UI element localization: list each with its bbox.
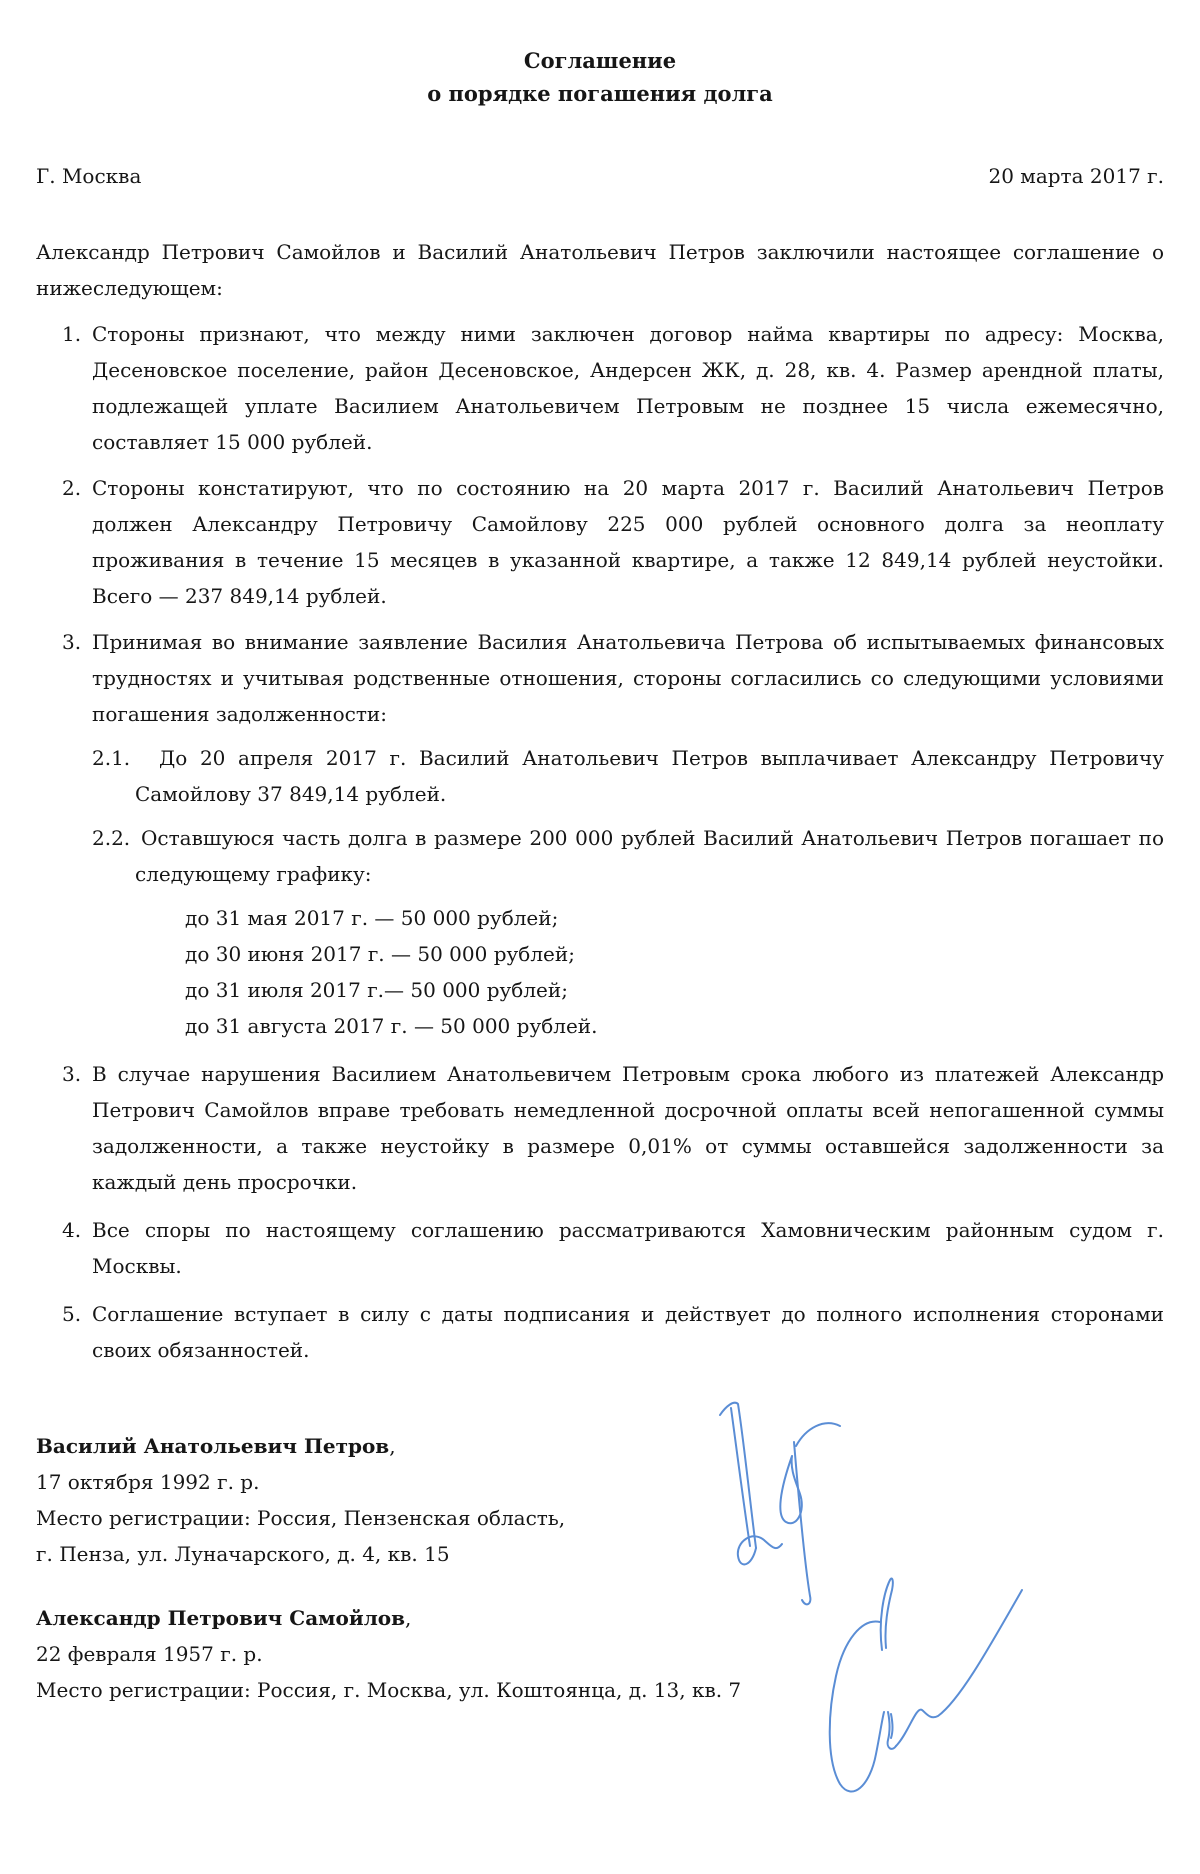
clause-2-text: Стороны констатируют, что по состоянию н… xyxy=(92,470,1164,614)
clause-3b: 3. В случае нарушения Василием Анатольев… xyxy=(36,1056,1164,1200)
subclause-2-2-text: Оставшуюся часть долга в размере 200 000… xyxy=(135,820,1164,892)
schedule-line: до 31 июля 2017 г.— 50 000 рублей; xyxy=(185,972,1164,1008)
signatory-name-suffix: , xyxy=(389,1434,395,1458)
clause-2: 2. Стороны констатируют, что по состояни… xyxy=(36,470,1164,614)
signatory-registration-line1: Место регистрации: Россия, г. Москва, ул… xyxy=(36,1672,1164,1708)
subclause-2-2-number: 2.2. xyxy=(92,820,136,856)
clause-3-number: 3. xyxy=(62,624,90,660)
clause-4-text: Все споры по настоящему соглашению рассм… xyxy=(92,1212,1164,1284)
clause-3-text: Принимая во внимание заявление Василия А… xyxy=(92,624,1164,732)
schedule-line: до 31 августа 2017 г. — 50 000 рублей. xyxy=(185,1008,1164,1044)
clause-3b-text: В случае нарушения Василием Анатольевиче… xyxy=(92,1056,1164,1200)
subclause-2-1-number: 2.1. xyxy=(92,740,136,776)
clause-3: 3. Принимая во внимание заявление Васили… xyxy=(36,624,1164,732)
payment-schedule: до 31 мая 2017 г. — 50 000 рублей; до 30… xyxy=(185,900,1164,1044)
signatory-registration-line1: Место регистрации: Россия, Пензенская об… xyxy=(36,1500,1164,1536)
signatory-name: Александр Петрович Самойлов xyxy=(36,1606,405,1630)
signatory-birthdate: 17 октября 1992 г. р. xyxy=(36,1464,1164,1500)
subclause-2-1: 2.1. До 20 апреля 2017 г. Василий Анатол… xyxy=(36,740,1164,812)
schedule-line: до 31 мая 2017 г. — 50 000 рублей; xyxy=(185,900,1164,936)
intro-paragraph: Александр Петрович Самойлов и Василий Ан… xyxy=(36,234,1164,306)
signatory-registration-line2: г. Пенза, ул. Луначарского, д. 4, кв. 15 xyxy=(36,1536,1164,1572)
clause-2-number: 2. xyxy=(62,470,90,506)
clause-5-text: Соглашение вступает в силу с даты подпис… xyxy=(92,1296,1164,1368)
document-title-line1: Соглашение xyxy=(36,44,1164,77)
clause-3b-number: 3. xyxy=(62,1056,90,1092)
document-title: Соглашение о порядке погашения долга xyxy=(36,44,1164,110)
subclause-2-2: 2.2. Оставшуюся часть долга в размере 20… xyxy=(36,820,1164,892)
signatory-name-line: Василий Анатольевич Петров, xyxy=(36,1428,1164,1464)
clause-5: 5. Соглашение вступает в силу с даты под… xyxy=(36,1296,1164,1368)
signatory-name-line: Александр Петрович Самойлов, xyxy=(36,1600,1164,1636)
clause-1-number: 1. xyxy=(62,316,90,352)
signatory-birthdate: 22 февраля 1957 г. р. xyxy=(36,1636,1164,1672)
signatory-name: Василий Анатольевич Петров xyxy=(36,1434,389,1458)
document-title-line2: о порядке погашения долга xyxy=(36,77,1164,110)
signatory-name-suffix: , xyxy=(405,1606,411,1630)
dateline-city: Г. Москва xyxy=(36,162,141,190)
dateline: Г. Москва 20 марта 2017 г. xyxy=(36,162,1164,190)
clause-1: 1. Стороны признают, что между ними закл… xyxy=(36,316,1164,460)
signatory-block-petrov: Василий Анатольевич Петров, 17 октября 1… xyxy=(36,1428,1164,1572)
clause-4-number: 4. xyxy=(62,1212,90,1248)
schedule-line: до 30 июня 2017 г. — 50 000 рублей; xyxy=(185,936,1164,972)
signatory-block-samoylov: Александр Петрович Самойлов, 22 февраля … xyxy=(36,1600,1164,1708)
clause-1-text: Стороны признают, что между ними заключе… xyxy=(92,316,1164,460)
subclause-2-1-text: До 20 апреля 2017 г. Василий Анатольевич… xyxy=(135,740,1164,812)
clause-5-number: 5. xyxy=(62,1296,90,1332)
dateline-date: 20 марта 2017 г. xyxy=(988,162,1164,190)
clause-4: 4. Все споры по настоящему соглашению ра… xyxy=(36,1212,1164,1284)
agreement-document: Соглашение о порядке погашения долга Г. … xyxy=(0,0,1200,1708)
